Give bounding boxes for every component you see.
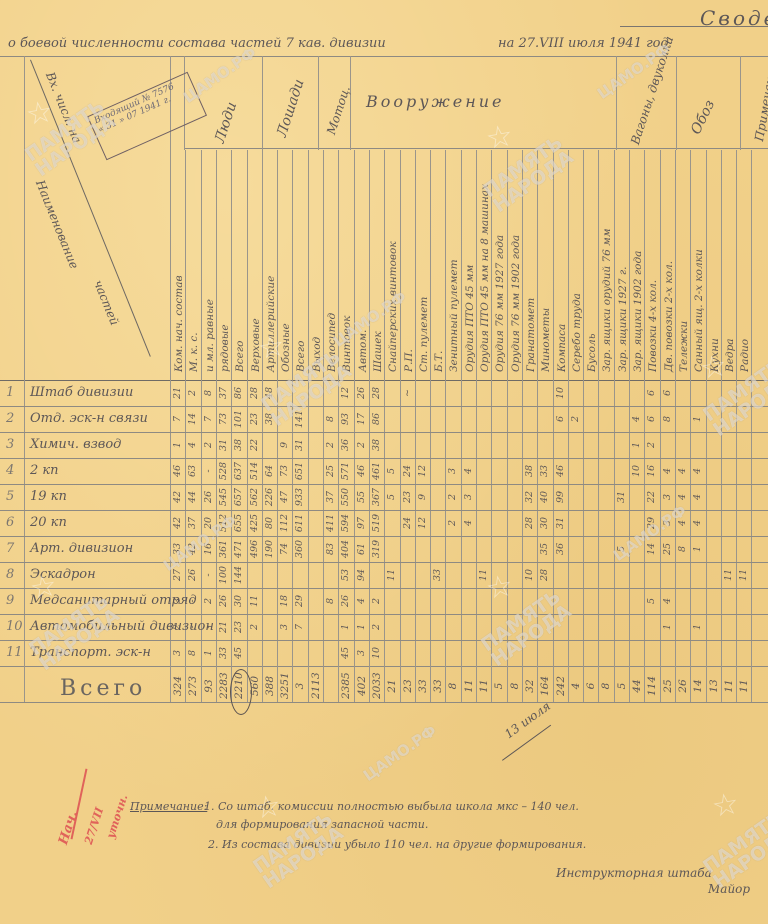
- table-cell: [539, 406, 551, 432]
- table-cell: [738, 510, 750, 536]
- totals-cell: 11: [738, 673, 750, 699]
- table-cell: 10: [371, 640, 383, 666]
- table-cell: [539, 640, 551, 666]
- table-cell: [417, 614, 429, 640]
- table-cell: 571: [340, 458, 352, 484]
- table-cell: [600, 432, 612, 458]
- document-subtitle: о боевой численности состава частей 7 ка…: [8, 36, 386, 51]
- table-cell: 45: [233, 640, 245, 666]
- table-cell: [585, 432, 597, 458]
- table-cell: [447, 380, 459, 406]
- table-cell: 28: [371, 380, 383, 406]
- table-cell: [585, 562, 597, 588]
- table-cell: 8: [187, 640, 199, 666]
- table-cell: [478, 484, 490, 510]
- table-cell: [692, 640, 704, 666]
- table-cell: [493, 380, 505, 406]
- table-cell: 27: [172, 562, 184, 588]
- table-cell: 6: [646, 406, 658, 432]
- table-column-divider: [736, 150, 737, 702]
- table-cell: [493, 432, 505, 458]
- table-cell: [570, 562, 582, 588]
- table-row-label: 11Транспорт. эск-н: [6, 645, 151, 660]
- table-cell: 40: [539, 484, 551, 510]
- table-cell: 1: [203, 640, 215, 666]
- watermark-star-icon: ☆: [709, 786, 742, 825]
- table-cell: [447, 614, 459, 640]
- column-header: Винтовок: [341, 316, 353, 372]
- table-cell: [279, 562, 291, 588]
- table-cell: [631, 380, 643, 406]
- table-row-label: 3Химич. взвод: [6, 437, 121, 452]
- table-cell: 2: [371, 614, 383, 640]
- table-cell: 496: [249, 536, 261, 562]
- title-underline: [620, 26, 768, 27]
- column-header: Тележки: [678, 321, 690, 372]
- table-cell: [616, 614, 628, 640]
- table-cell: [310, 510, 322, 536]
- table-cell: [570, 536, 582, 562]
- row-number: 10: [6, 619, 30, 634]
- column-header: Снайперских винтовок: [387, 241, 399, 372]
- table-cell: 26: [218, 588, 230, 614]
- group-column-divider: [318, 56, 319, 150]
- table-column-divider: [308, 150, 309, 702]
- table-column-divider: [751, 150, 752, 702]
- table-cell: [723, 588, 735, 614]
- table-cell: [677, 588, 689, 614]
- table-cell: [692, 588, 704, 614]
- column-header: Б.Т.: [433, 351, 445, 372]
- column-header: Повозки 4-х кол.: [647, 280, 659, 372]
- table-cell: [539, 614, 551, 640]
- table-cell: [738, 484, 750, 510]
- totals-cell: 32: [524, 673, 536, 699]
- table-cell: [463, 588, 475, 614]
- table-column-divider: [262, 150, 263, 702]
- table-cell: 4: [631, 406, 643, 432]
- table-cell: 16: [646, 458, 658, 484]
- table-column-divider: [323, 150, 324, 702]
- table-cell: 32: [524, 484, 536, 510]
- table-cell: [600, 562, 612, 588]
- table-cell: 83: [325, 536, 337, 562]
- table-cell: 33: [218, 640, 230, 666]
- table-cell: [402, 562, 414, 588]
- table-cell: [570, 640, 582, 666]
- table-cell: [677, 562, 689, 588]
- table-cell: [738, 380, 750, 406]
- table-column-divider: [430, 150, 431, 702]
- table-cell: [692, 562, 704, 588]
- table-cell: [386, 432, 398, 458]
- table-cell: [463, 406, 475, 432]
- table-column-divider: [461, 150, 462, 702]
- table-cell: [631, 536, 643, 562]
- table-cell: 8: [677, 536, 689, 562]
- table-cell: 6: [662, 380, 674, 406]
- table-cell: [509, 380, 521, 406]
- totals-cell: 560: [249, 673, 261, 699]
- table-cell: 1: [692, 614, 704, 640]
- table-column-divider: [369, 150, 370, 702]
- column-header: Орудия 76 мм 1902 года: [510, 235, 522, 372]
- column-header: Выход: [311, 337, 323, 372]
- totals-cell: 44: [631, 673, 643, 699]
- table-bottom-border: [0, 702, 768, 703]
- row-unit-name: 19 кп: [30, 489, 67, 504]
- table-cell: 42: [172, 484, 184, 510]
- table-cell: 8: [203, 380, 215, 406]
- table-column-divider: [507, 150, 508, 702]
- table-cell: [463, 432, 475, 458]
- table-cell: [417, 588, 429, 614]
- table-cell: 190: [264, 536, 276, 562]
- table-cell: [478, 640, 490, 666]
- group-column-divider: [262, 56, 263, 150]
- totals-cell: 93: [203, 673, 215, 699]
- table-cell: [432, 510, 444, 536]
- table-cell: [493, 640, 505, 666]
- table-column-divider: [415, 150, 416, 702]
- table-cell: 37: [187, 510, 199, 536]
- column-header: Ком. нач. состав: [173, 275, 185, 372]
- table-cell: 4: [692, 510, 704, 536]
- table-cell: 73: [279, 458, 291, 484]
- table-cell: 3: [356, 640, 368, 666]
- table-cell: 36: [555, 536, 567, 562]
- table-cell: 519: [371, 510, 383, 536]
- column-header: Зар. ящики 1902 года: [632, 251, 644, 372]
- table-cell: [600, 640, 612, 666]
- table-cell: [310, 640, 322, 666]
- table-cell: 226: [264, 484, 276, 510]
- document-date: на 27.VIII июля 1941 год: [498, 36, 669, 51]
- table-cell: 9: [417, 484, 429, 510]
- table-cell: [524, 588, 536, 614]
- table-cell: [310, 380, 322, 406]
- table-cell: [524, 614, 536, 640]
- table-cell: 37: [218, 380, 230, 406]
- table-cell: 26: [340, 588, 352, 614]
- table-cell: 28: [524, 510, 536, 536]
- table-cell: 655: [233, 510, 245, 536]
- table-cell: [585, 614, 597, 640]
- table-cell: 11: [249, 588, 261, 614]
- table-cell: 411: [325, 510, 337, 536]
- totals-cell: 3: [294, 673, 306, 699]
- table-cell: [310, 484, 322, 510]
- table-cell: 7: [172, 406, 184, 432]
- table-cell: 100: [218, 562, 230, 588]
- column-header: Зар. ящики орудий 76 мм: [601, 228, 613, 372]
- table-cell: [600, 536, 612, 562]
- table-cell: [600, 484, 612, 510]
- table-cell: 461: [371, 458, 383, 484]
- table-cell: [539, 380, 551, 406]
- table-cell: 319: [371, 536, 383, 562]
- table-cell: [539, 432, 551, 458]
- table-top-border: [0, 56, 768, 57]
- table-cell: [447, 536, 459, 562]
- table-cell: 2: [570, 406, 582, 432]
- table-cell: [417, 406, 429, 432]
- table-cell: 97: [356, 510, 368, 536]
- table-cell: [478, 406, 490, 432]
- table-cell: 12: [417, 458, 429, 484]
- table-cell: 3: [662, 484, 674, 510]
- table-cell: [600, 588, 612, 614]
- table-cell: [402, 406, 414, 432]
- table-cell: 47: [279, 484, 291, 510]
- table-cell: [447, 432, 459, 458]
- table-cell: [555, 614, 567, 640]
- table-cell: [294, 640, 306, 666]
- table-cell: [478, 432, 490, 458]
- table-cell: 2: [203, 432, 215, 458]
- table-cell: [264, 588, 276, 614]
- table-cell: [447, 640, 459, 666]
- table-cell: 86: [371, 406, 383, 432]
- table-cell: 38: [371, 432, 383, 458]
- table-cell: 4: [463, 510, 475, 536]
- group-column-divider: [676, 56, 677, 150]
- table-cell: [417, 640, 429, 666]
- group-column-divider: [616, 56, 617, 150]
- table-row-label: 7Арт. дивизион: [6, 541, 133, 556]
- table-column-divider: [568, 150, 569, 702]
- table-cell: [478, 614, 490, 640]
- totals-cell: 5: [493, 673, 505, 699]
- totals-cell: 6: [585, 673, 597, 699]
- table-cell: [264, 562, 276, 588]
- table-cell: [738, 588, 750, 614]
- table-cell: 21: [218, 614, 230, 640]
- table-cell: [723, 484, 735, 510]
- watermark-star-icon: ☆: [251, 788, 284, 827]
- table-cell: [386, 380, 398, 406]
- table-cell: [677, 380, 689, 406]
- table-cell: [539, 588, 551, 614]
- table-cell: 25: [662, 536, 674, 562]
- table-cell: 46: [172, 458, 184, 484]
- table-cell: 545: [218, 484, 230, 510]
- table-cell: 514: [249, 458, 261, 484]
- totals-cell: 324: [172, 673, 184, 699]
- table-cell: 8: [325, 406, 337, 432]
- table-cell: 31: [555, 510, 567, 536]
- table-cell: 23: [233, 614, 245, 640]
- column-header: Р.П.: [403, 349, 415, 372]
- totals-cell: 388: [264, 673, 276, 699]
- row-number: 1: [6, 385, 30, 400]
- table-cell: [310, 458, 322, 484]
- row-number: 2: [6, 411, 30, 426]
- table-column-divider: [583, 150, 584, 702]
- totals-cell: 33: [417, 673, 429, 699]
- table-column-divider: [721, 150, 722, 702]
- totals-cell: 3251: [279, 673, 291, 699]
- totals-cell: 242: [555, 673, 567, 699]
- table-cell: [417, 432, 429, 458]
- table-cell: 2: [325, 432, 337, 458]
- table-cell: 28: [249, 380, 261, 406]
- table-cell: 33: [172, 536, 184, 562]
- table-cell: [631, 562, 643, 588]
- table-cell: [616, 432, 628, 458]
- table-cell: [402, 640, 414, 666]
- totals-cell: 8: [600, 673, 612, 699]
- table-cell: 1: [356, 614, 368, 640]
- table-cell: [723, 406, 735, 432]
- table-cell: 2: [249, 614, 261, 640]
- watermark-star-icon: ☆: [23, 94, 56, 133]
- table-cell: [570, 588, 582, 614]
- table-cell: [509, 458, 521, 484]
- table-cell: [631, 510, 643, 536]
- table-cell: [478, 536, 490, 562]
- totals-cell: 13: [708, 673, 720, 699]
- table-cell: 29: [646, 510, 658, 536]
- totals-cell: 11: [723, 673, 735, 699]
- table-cell: 55: [356, 484, 368, 510]
- table-cell: [708, 562, 720, 588]
- table-cell: 20: [203, 510, 215, 536]
- table-cell: [708, 640, 720, 666]
- table-cell: 3: [662, 510, 674, 536]
- table-cell: [585, 458, 597, 484]
- table-cell: 8: [325, 588, 337, 614]
- table-cell: [325, 380, 337, 406]
- table-cell: [723, 640, 735, 666]
- table-cell: [662, 432, 674, 458]
- table-cell: [616, 640, 628, 666]
- totals-cell: 26: [677, 673, 689, 699]
- table-cell: 42: [187, 536, 199, 562]
- table-cell: [509, 406, 521, 432]
- table-cell: [677, 640, 689, 666]
- table-cell: [616, 380, 628, 406]
- table-row-label: 42 кп: [6, 463, 59, 478]
- table-cell: 46: [555, 458, 567, 484]
- table-column-divider: [400, 150, 401, 702]
- table-cell: 23: [249, 406, 261, 432]
- table-cell: [371, 562, 383, 588]
- column-header: Орудия ПТО 45 мм: [464, 265, 476, 372]
- table-cell: 1: [172, 432, 184, 458]
- table-cell: -: [187, 588, 199, 614]
- row-unit-name: 20 кп: [30, 515, 67, 530]
- table-cell: 528: [218, 458, 230, 484]
- table-cell: 3: [463, 484, 475, 510]
- table-cell: [310, 536, 322, 562]
- table-cell: [738, 640, 750, 666]
- totals-cell: 5: [616, 673, 628, 699]
- table-cell: 12: [417, 510, 429, 536]
- table-cell: [493, 536, 505, 562]
- table-cell: 367: [371, 484, 383, 510]
- table-cell: [585, 406, 597, 432]
- table-cell: 28: [539, 562, 551, 588]
- table-cell: 38: [524, 458, 536, 484]
- table-cell: 38: [233, 432, 245, 458]
- table-cell: [386, 614, 398, 640]
- column-header: Гранатомет: [525, 298, 537, 372]
- table-cell: [432, 640, 444, 666]
- column-header: рядовые: [219, 324, 231, 372]
- table-cell: 5: [616, 536, 628, 562]
- table-cell: 61: [356, 536, 368, 562]
- table-cell: 21: [172, 380, 184, 406]
- table-cell: 4: [662, 458, 674, 484]
- table-cell: [616, 406, 628, 432]
- table-column-divider: [614, 150, 615, 702]
- table-cell: 73: [218, 406, 230, 432]
- table-cell: 1: [631, 432, 643, 458]
- table-cell: 1: [692, 406, 704, 432]
- table-cell: 24: [402, 458, 414, 484]
- table-cell: [738, 432, 750, 458]
- note-line-3: 2. Из состава дивизии убыло 110 чел. на …: [208, 838, 586, 851]
- table-cell: 53: [340, 562, 352, 588]
- totals-cell: [325, 673, 337, 699]
- column-header: Дв. повозки 2-х кол.: [663, 261, 675, 372]
- table-cell: [432, 588, 444, 614]
- table-cell: 4: [356, 588, 368, 614]
- table-cell: 18: [279, 588, 291, 614]
- table-cell: [662, 640, 674, 666]
- table-cell: 22: [646, 484, 658, 510]
- table-cell: [279, 640, 291, 666]
- watermark-star-icon: ☆: [483, 568, 516, 607]
- table-cell: 16: [203, 536, 215, 562]
- table-cell: 471: [233, 536, 245, 562]
- table-cell: [616, 458, 628, 484]
- table-cell: 1: [662, 614, 674, 640]
- totals-cell: 23: [402, 673, 414, 699]
- table-cell: [310, 432, 322, 458]
- row-number: 3: [6, 437, 30, 452]
- table-cell: [264, 432, 276, 458]
- table-cell: 8: [662, 406, 674, 432]
- table-cell: [692, 432, 704, 458]
- table-cell: 144: [233, 562, 245, 588]
- table-cell: [723, 510, 735, 536]
- column-header: Бусоль: [586, 334, 598, 372]
- table-cell: 99: [555, 484, 567, 510]
- table-cell: [432, 406, 444, 432]
- table-cell: [738, 536, 750, 562]
- table-cell: [555, 640, 567, 666]
- table-cell: [279, 380, 291, 406]
- table-cell: 74: [279, 536, 291, 562]
- column-header: Шашек: [372, 331, 384, 372]
- table-cell: [417, 562, 429, 588]
- table-cell: 44: [187, 484, 199, 510]
- table-column-divider: [522, 150, 523, 702]
- table-cell: [417, 536, 429, 562]
- table-row-label: 1Штаб дивизии: [6, 385, 133, 400]
- table-cell: [493, 614, 505, 640]
- table-cell: [310, 614, 322, 640]
- column-header: Зар. ящики 1927 г.: [617, 267, 629, 373]
- table-cell: 4: [692, 484, 704, 510]
- column-header: Ст. пулемет: [418, 297, 430, 372]
- table-cell: [325, 562, 337, 588]
- row-number: 8: [6, 567, 30, 582]
- table-cell: 94: [356, 562, 368, 588]
- table-column-divider: [216, 150, 217, 702]
